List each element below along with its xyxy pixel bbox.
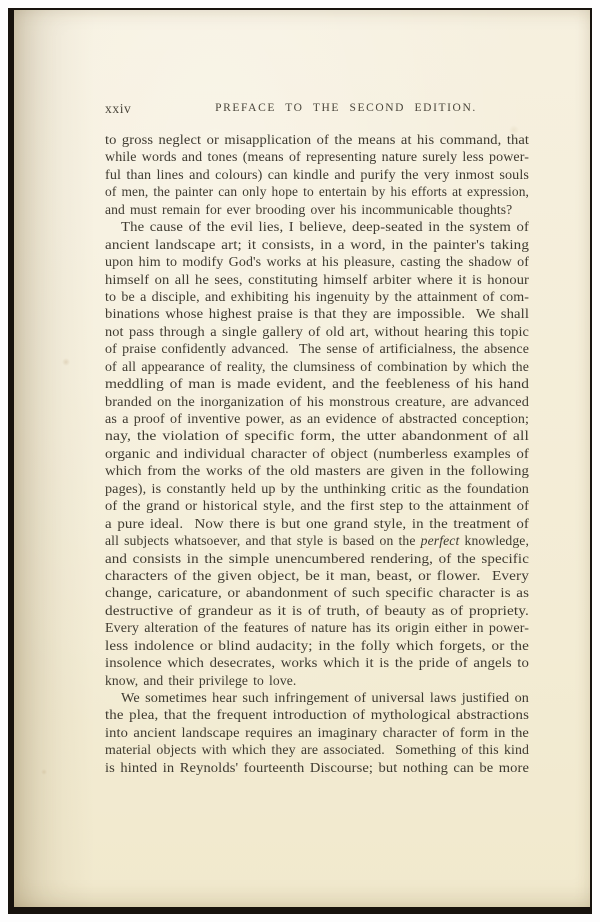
text-line: We sometimes hear such infringement of u… [105, 689, 529, 706]
text-line: insolence which desecrates, works which … [105, 654, 529, 671]
text-line: all subjects whatsoever, and that style … [105, 532, 529, 549]
page-number: xxiv [105, 101, 131, 117]
text-line: himself on all he sees, constituting him… [105, 271, 529, 288]
text-line: organic and individual character of obje… [105, 445, 529, 462]
scan-edge: xxiv PREFACE TO THE SECOND EDITION. to g… [8, 8, 592, 914]
text-line: of men, the painter can only hope to ent… [105, 183, 529, 200]
text-block: to gross neglect or misapplication of th… [105, 131, 529, 776]
page-header: xxiv PREFACE TO THE SECOND EDITION. [105, 100, 529, 122]
text-line: upon him to modify God's works at his pl… [105, 253, 529, 270]
text-line: which from the works of the old masters … [105, 462, 529, 479]
text-line: ful than lines and colours) can kindle a… [105, 166, 529, 183]
text-line: to be a disciple, and exhibiting his ing… [105, 288, 529, 305]
text-line: of praise confidently advanced. The sens… [105, 340, 529, 357]
text-line: is hinted in Reynolds' fourteenth Discou… [105, 759, 529, 776]
text-line: to gross neglect or misapplication of th… [105, 131, 529, 148]
text-line: know, and their privilege to love. [105, 672, 529, 689]
text-line: pages), is constantly held up by the unt… [105, 480, 529, 497]
text-line: the plea, that the frequent introduction… [105, 706, 529, 723]
text-line: branded on the inorganization of his mon… [105, 393, 529, 410]
text-line: characters of the given object, be it ma… [105, 567, 529, 584]
text-line: into ancient landscape requires an imagi… [105, 724, 529, 741]
book-page: xxiv PREFACE TO THE SECOND EDITION. to g… [14, 10, 590, 907]
text-line: and consists in the simple unencumbered … [105, 550, 529, 567]
text-line: while words and tones (means of represen… [105, 148, 529, 165]
text-line: nay, the violation of specific form, the… [105, 427, 529, 444]
text-line: and must remain for ever brooding over h… [105, 201, 529, 218]
text-line: Every alteration of the features of natu… [105, 619, 529, 636]
text-line: a pure ideal. Now there is but one grand… [105, 515, 529, 532]
text-line: The cause of the evil lies, I believe, d… [105, 218, 529, 235]
text-line: change, caricature, or abandonment of su… [105, 584, 529, 601]
text-line: material objects with which they are ass… [105, 741, 529, 758]
text-line: of the grand or historical style, and th… [105, 497, 529, 514]
text-line: not pass through a single gallery of old… [105, 323, 529, 340]
text-line: binations whose highest praise is that t… [105, 305, 529, 322]
scan-frame: xxiv PREFACE TO THE SECOND EDITION. to g… [0, 0, 600, 922]
text-line: as a proof of inventive power, as an evi… [105, 410, 529, 427]
text-line: destructive of grandeur as it is of trut… [105, 602, 529, 619]
running-title: PREFACE TO THE SECOND EDITION. [105, 102, 529, 114]
text-line: less indolence or blind audacity; in the… [105, 637, 529, 654]
text-line: ancient landscape art; it consists, in a… [105, 236, 529, 253]
text-line: of all appearance of reality, the clumsi… [105, 358, 529, 375]
text-line: meddling of man is made evident, and the… [105, 375, 529, 392]
